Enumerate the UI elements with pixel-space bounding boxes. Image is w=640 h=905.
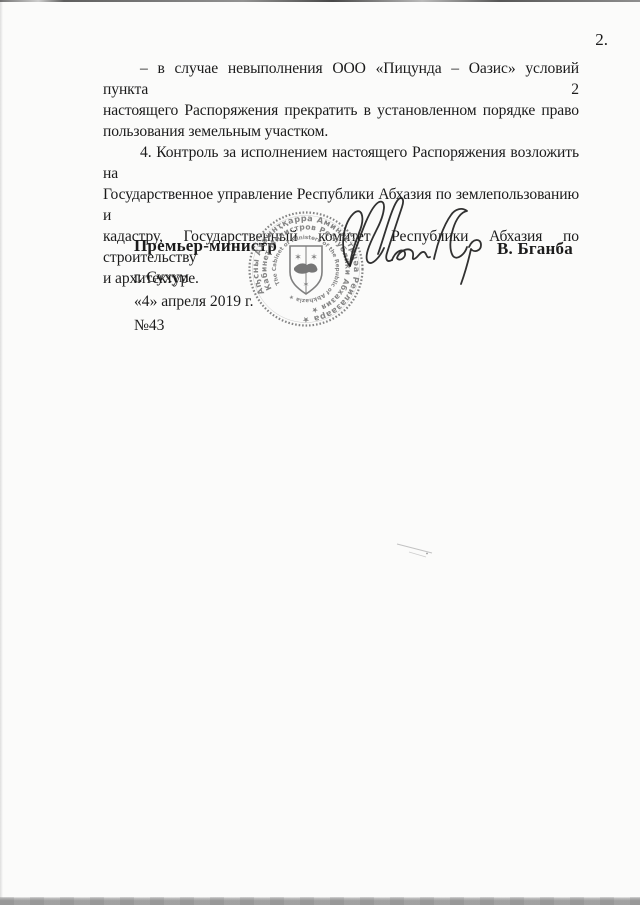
text-line: – в случае невыполнения ООО «Пицунда – О… xyxy=(103,58,579,100)
handwritten-signature xyxy=(328,190,500,296)
coat-of-arms: ✶ ✶ ✶ xyxy=(290,246,322,294)
signature-stroke xyxy=(392,249,430,260)
page-number: 2. xyxy=(595,30,608,50)
scan-left-edge-artifact xyxy=(0,0,3,905)
city-line: г. Сухум xyxy=(134,269,189,287)
pencil-stroke xyxy=(409,552,426,557)
signature-stroke xyxy=(461,240,481,284)
star-icon: ✶ xyxy=(294,253,302,263)
horseman-figure xyxy=(294,263,317,273)
scan-top-edge-artifact xyxy=(0,0,640,2)
scan-bottom-edge-artifact xyxy=(0,897,640,905)
text-line: 4. Контроль за исполнением настоящего Ра… xyxy=(103,142,579,184)
signature-stroke xyxy=(434,209,467,259)
star-icon: ✶ xyxy=(310,253,318,263)
text-line: настоящего Распоряжения прекратить в уст… xyxy=(103,100,579,121)
faint-pencil-mark xyxy=(392,540,444,564)
star-icon: ✶ xyxy=(303,280,310,289)
document-number: №43 xyxy=(134,317,164,335)
text-line: пользования земельным участком. xyxy=(103,121,579,142)
document-page: 2. – в случае невыполнения ООО «Пицунда … xyxy=(0,0,640,905)
pencil-dot xyxy=(426,553,428,555)
date-line: «4» апреля 2019 г. xyxy=(134,293,254,311)
pencil-stroke xyxy=(397,544,432,553)
signer-name: В. Бганба xyxy=(497,239,573,259)
